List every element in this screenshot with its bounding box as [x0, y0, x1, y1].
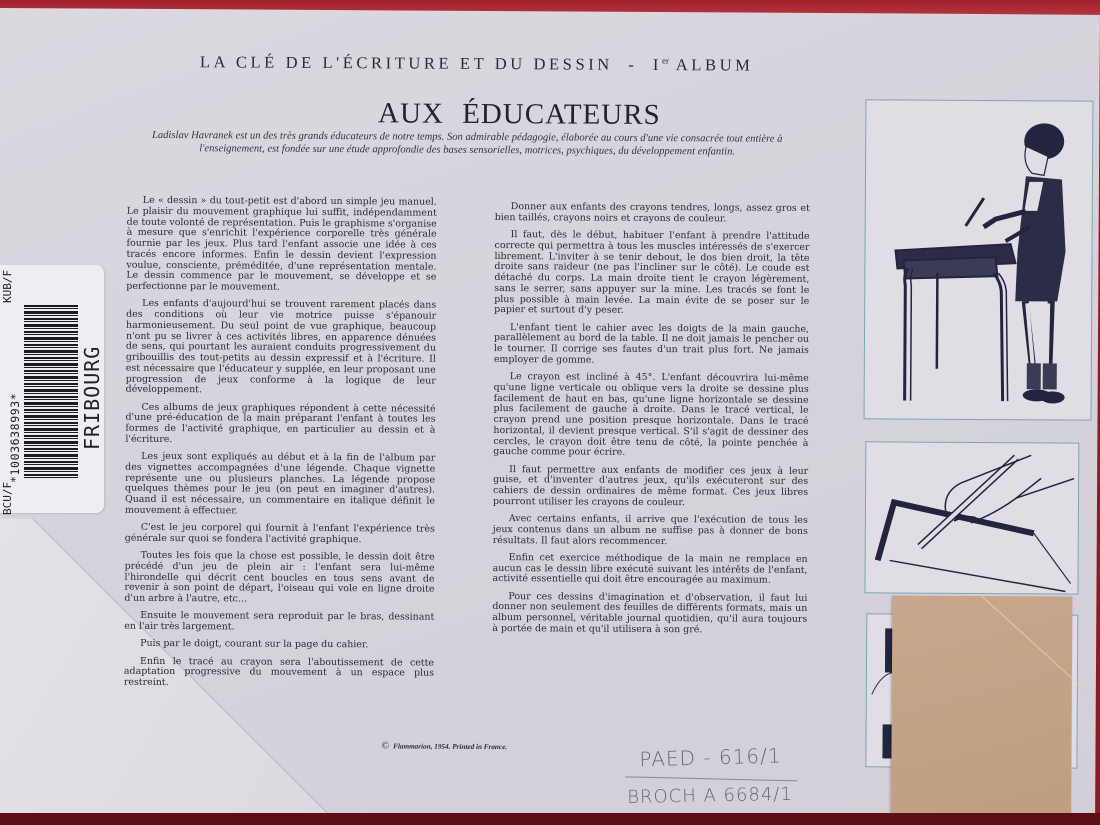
library-barcode-label: KUB/F *1003638993* FRIBOURG BCU/F [0, 265, 104, 513]
paragraph: Les enfants d'aujourd'hui se trouvent ra… [126, 299, 437, 398]
paragraph: L'enfant tient le cahier avec les doigts… [494, 323, 809, 368]
paragraph: Ensuite le mouvement sera reproduit par … [124, 611, 434, 634]
right-text-column: Donner aux enfants des crayons tendres, … [492, 202, 810, 643]
paragraph: Avec certains enfants, il arrive que l'e… [493, 514, 808, 548]
paragraph: Le crayon est incliné à 45°. L'enfant dé… [493, 372, 809, 460]
page-title: AUX ÉDUCATEURS [199, 96, 839, 133]
series-title: LA CLÉ DE L'ÉCRITURE ET DU DESSIN - Ier … [132, 52, 822, 76]
barcode [24, 305, 78, 479]
paragraph: C'est le jeu corporel qui fournit à l'en… [125, 523, 435, 546]
paragraph: Enfin le tracé au crayon sera l'aboutiss… [124, 656, 434, 690]
hand-holding-pencil-illustration [864, 441, 1079, 594]
paragraph: Donner aux enfants des crayons tendres, … [495, 202, 810, 225]
copyright-notice: ©Flammarion, 1954. Printed in France. [381, 740, 507, 752]
paragraph: Il faut permettre aux enfants de modifie… [493, 465, 808, 510]
boy-at-desk-drawing [865, 100, 1093, 419]
paragraph: Puis par le doigt, courant sur la page d… [124, 639, 434, 652]
library-name: FRIBOURG [80, 346, 104, 450]
series-title-text: LA CLÉ DE L'ÉCRITURE ET DU DESSIN [200, 52, 613, 74]
label-code-bottom: BCU/F [1, 482, 14, 515]
left-text-column: Le « dessin » du tout-petit est d'abord … [124, 196, 437, 697]
paragraph: Toutes les fois que la chose est possibl… [124, 551, 434, 607]
paragraph: Les jeux sont expliqués au début et à la… [125, 452, 435, 518]
paragraph: Enfin cet exercice méthodique de la main… [492, 553, 807, 587]
handwritten-divider-line [625, 776, 797, 781]
kraft-paper-pocket [891, 595, 1072, 824]
paragraph: Pour ces dessins d'imagination et d'obse… [492, 592, 807, 637]
document-page: LA CLÉ DE L'ÉCRITURE ET DU DESSIN - Ier … [0, 8, 1100, 823]
hand-pencil-drawing [865, 442, 1078, 593]
red-cloth-background-bottom [0, 813, 1100, 825]
boy-writing-at-desk-illustration [864, 99, 1094, 420]
handwritten-shelfmark-line1: PAED - 616/1 [639, 743, 782, 771]
copyright-text: Flammarion, 1954. Printed in France. [393, 742, 507, 751]
intro-paragraph: Ladislav Havranek est un des très grands… [147, 130, 787, 159]
album-label: ALBUM [676, 55, 754, 74]
paragraph: Ces albums de jeux graphiques répondent … [125, 402, 435, 447]
copyright-icon: © [381, 740, 389, 751]
title-separator: - [628, 55, 637, 74]
handwritten-shelfmark-line2: BROCH A 6684/1 [627, 784, 793, 808]
album-number: I [653, 55, 662, 74]
album-suffix: er [662, 56, 669, 66]
paragraph: Le « dessin » du tout-petit est d'abord … [126, 196, 437, 295]
barcode-number: *1003638993* [8, 393, 22, 483]
paragraph: Il faut, dès le début, habituer l'enfant… [494, 230, 810, 318]
label-code-top: KUB/F [1, 270, 14, 303]
